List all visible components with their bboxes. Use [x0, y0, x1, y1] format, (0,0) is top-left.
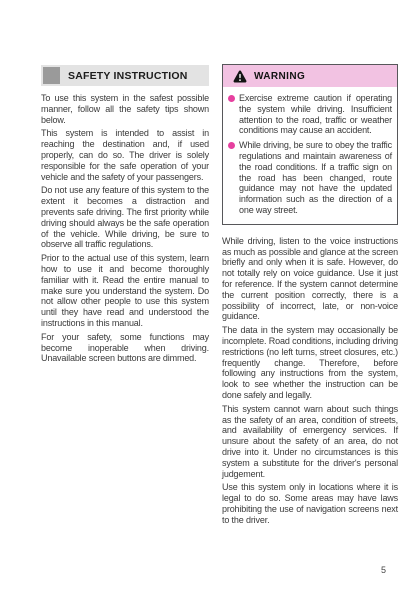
warning-box: WARNING Exercise extreme caution if oper…	[222, 64, 398, 225]
body-paragraph: For your safety, some functions may beco…	[41, 332, 209, 364]
body-paragraph: This system cannot warn about such thing…	[222, 404, 398, 480]
section-title: SAFETY INSTRUCTION	[68, 70, 188, 82]
body-paragraph: The data in the system may occasionally …	[222, 325, 398, 401]
section-marker-icon	[43, 67, 60, 84]
bullet-icon	[228, 95, 235, 102]
bullet-icon	[228, 142, 235, 149]
warning-triangle-icon	[233, 70, 247, 83]
warning-body: Exercise extreme caution if operating th…	[223, 87, 397, 224]
warning-label: WARNING	[254, 71, 305, 82]
page-number: 5	[381, 565, 386, 575]
body-paragraph: Do not use any feature of this system to…	[41, 185, 209, 250]
body-paragraph: Prior to the actual use of this system, …	[41, 253, 209, 329]
body-paragraph: Use this system only in locations where …	[222, 482, 398, 525]
warning-item: Exercise extreme caution if operating th…	[228, 93, 392, 136]
body-paragraph: To use this system in the safest possibl…	[41, 93, 209, 125]
warning-item-text: Exercise extreme caution if operating th…	[239, 93, 392, 136]
left-column-body: To use this system in the safest possibl…	[41, 93, 209, 364]
section-title-bar: SAFETY INSTRUCTION	[41, 65, 209, 86]
warning-item: While driving, be sure to obey the traff…	[228, 140, 392, 216]
body-paragraph: This system is intended to assist in rea…	[41, 128, 209, 182]
left-column: SAFETY INSTRUCTION To use this system in…	[41, 65, 209, 367]
warning-header: WARNING	[223, 65, 397, 87]
body-paragraph: While driving, listen to the voice instr…	[222, 236, 398, 322]
manual-page: SAFETY INSTRUCTION To use this system in…	[0, 0, 416, 603]
right-column: WARNING Exercise extreme caution if oper…	[222, 64, 398, 528]
right-column-body: While driving, listen to the voice instr…	[222, 236, 398, 526]
warning-item-text: While driving, be sure to obey the traff…	[239, 140, 392, 216]
